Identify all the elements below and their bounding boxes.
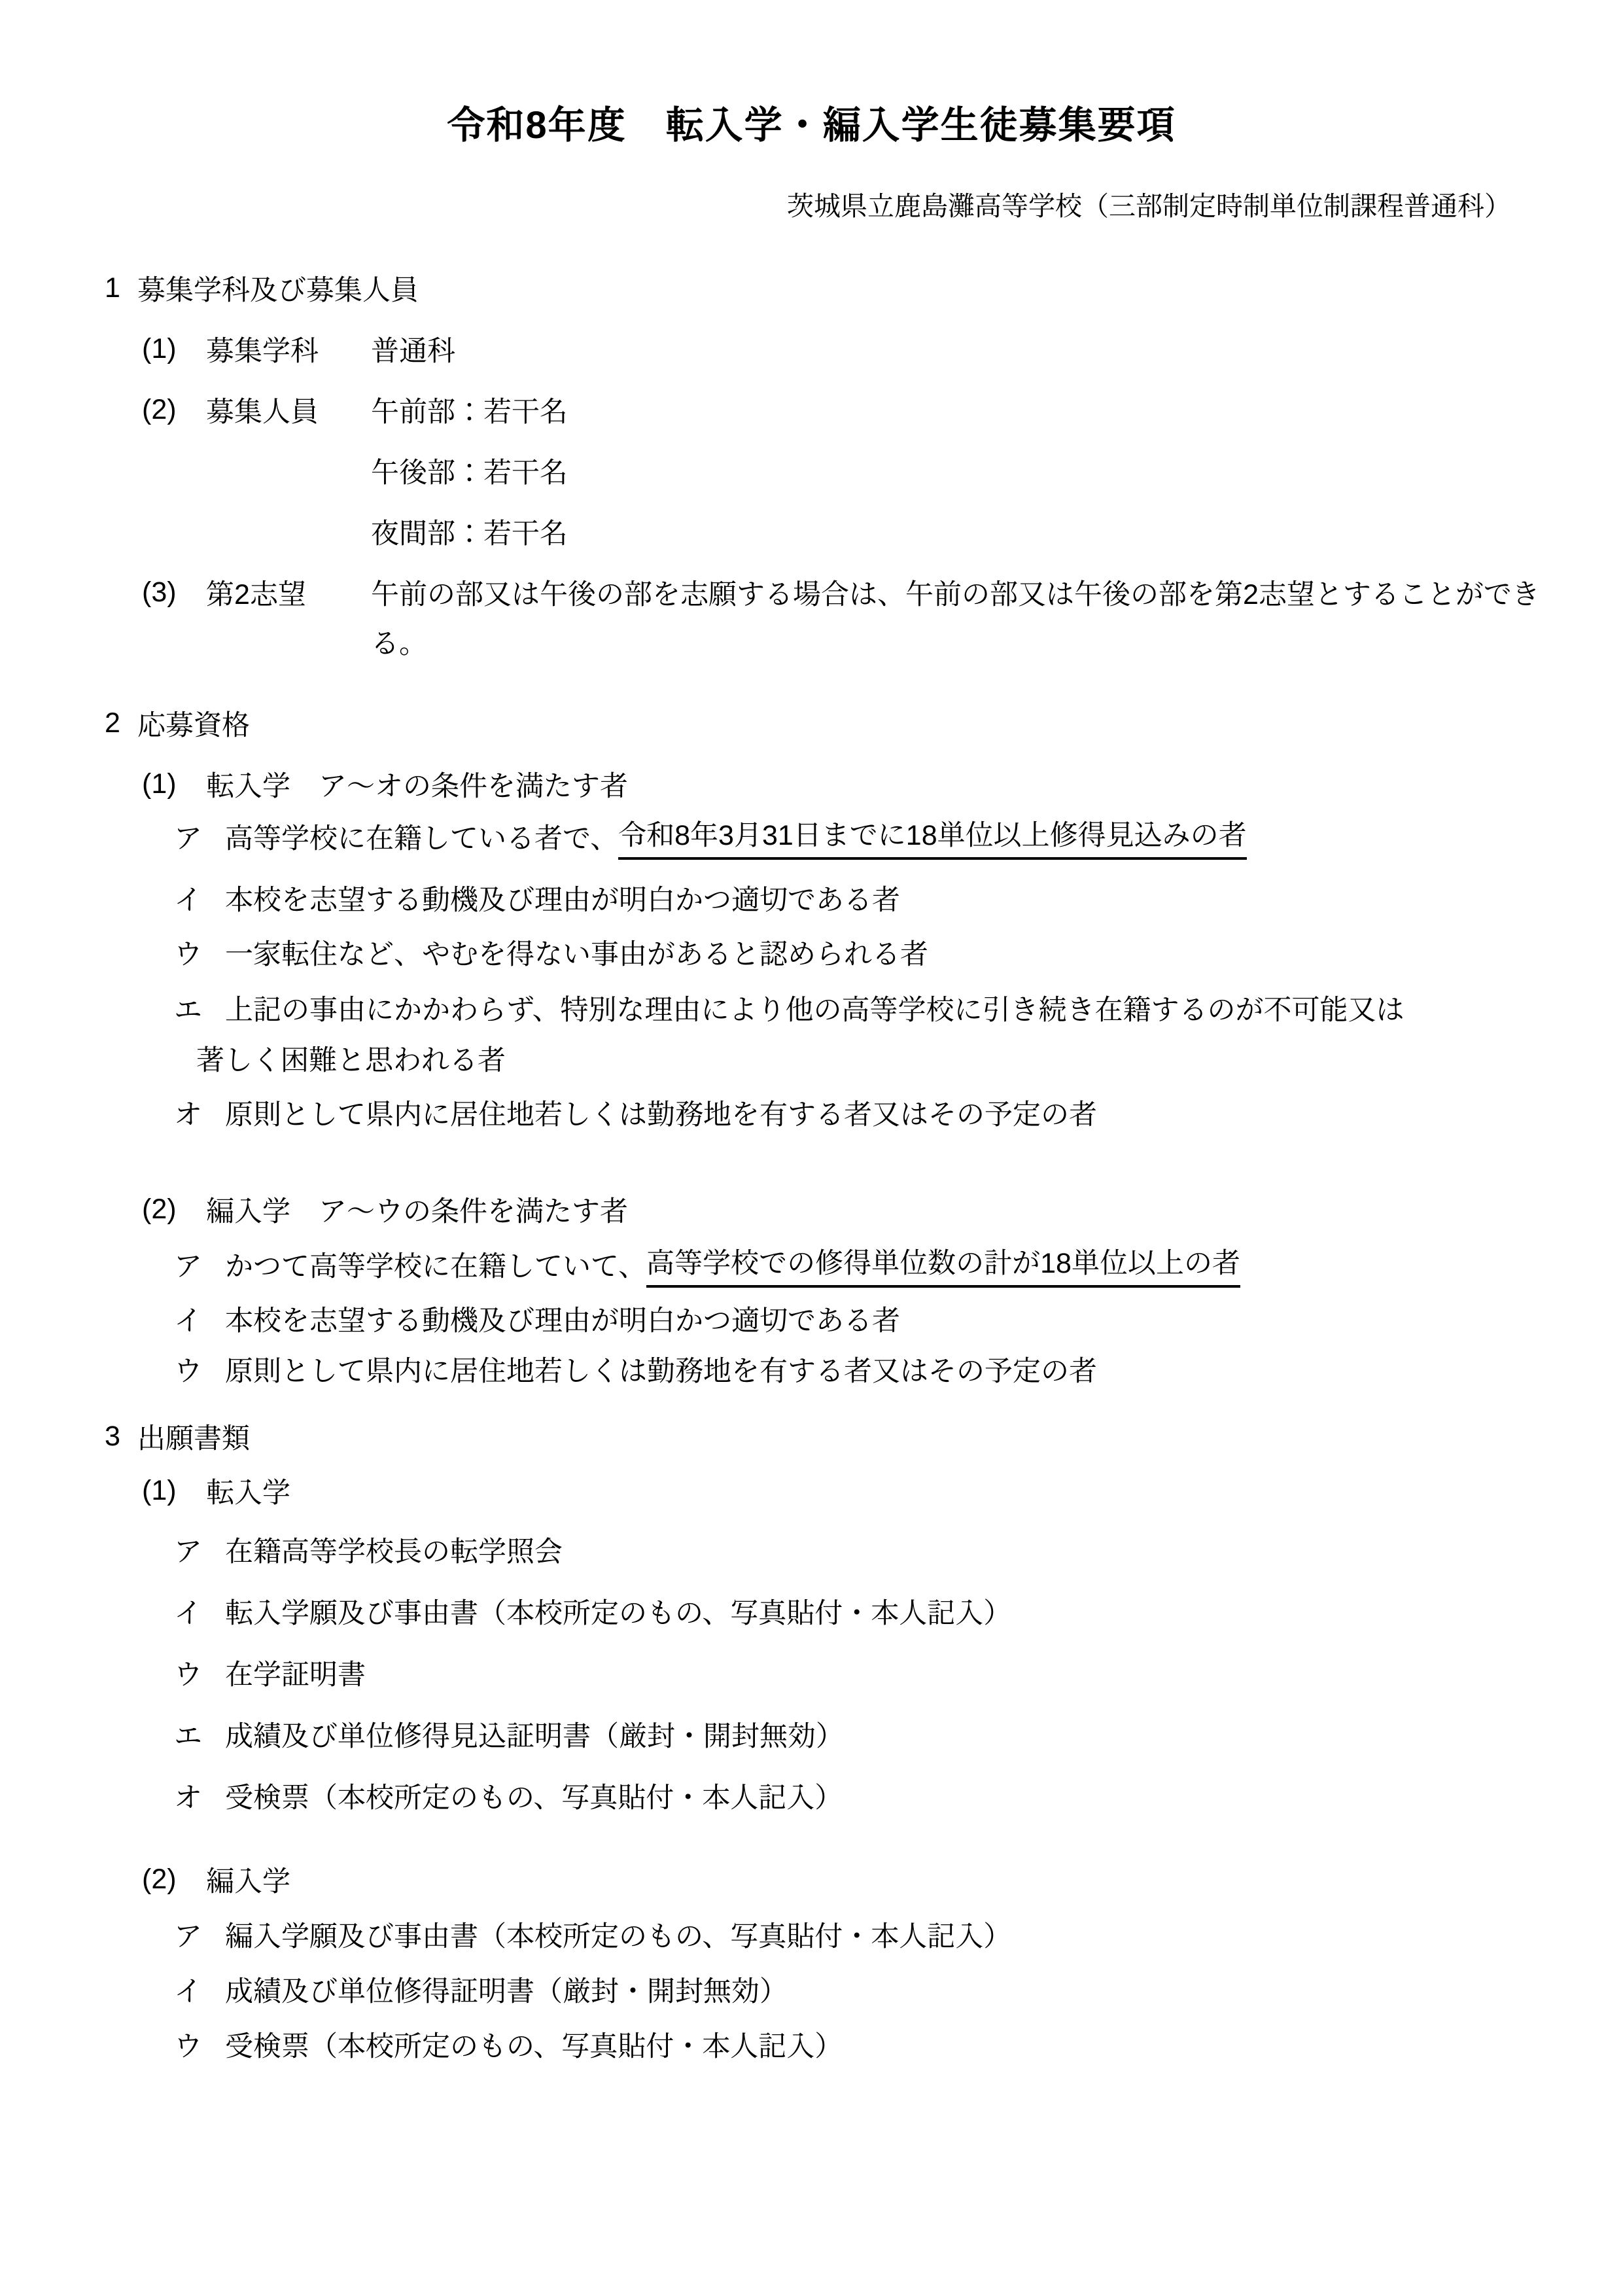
item-2-2-b-kana: イ — [174, 1299, 225, 1339]
item-3-1-b-text: 転入学願及び事由書（本校所定のもの、写真貼付・本人記入） — [225, 1591, 1011, 1631]
item-2-2-b-text: 本校を志望する動機及び理由が明白かつ適切である者 — [225, 1299, 900, 1339]
section-3-heading: 3出願書類 — [105, 1408, 250, 1464]
item-3-1-b-kana: イ — [174, 1591, 225, 1631]
item-1-2-label: 募集人員 — [206, 390, 371, 430]
item-3-1-c: ウ在学証明書 — [174, 1644, 366, 1701]
section-2-title: 応募資格 — [137, 703, 250, 743]
item-1-3-text-line2: る。 — [371, 613, 427, 669]
item-3-1-c-kana: ウ — [174, 1653, 225, 1693]
item-2-2-c: ウ原則として県内に居住地若しくは勤務地を有する者又はその予定の者 — [174, 1341, 1097, 1397]
item-2-2-c-text: 原則として県内に居住地若しくは勤務地を有する者又はその予定の者 — [225, 1349, 1097, 1389]
item-2-2-b: イ本校を志望する動機及び理由が明白かつ適切である者 — [174, 1290, 900, 1347]
item-2-1-e-text: 原則として県内に居住地若しくは勤務地を有する者又はその予定の者 — [225, 1093, 1097, 1133]
item-2-1-a-kana: ア — [174, 817, 225, 857]
document-title: 令和8年度 転入学・編入学生徒募集要項 — [0, 86, 1623, 165]
section-2-number: 2 — [105, 707, 137, 739]
item-2-1-d-text-line2: 著しく困難と思われる者 — [196, 1030, 506, 1086]
item-2-1-c-text: 一家転住など、やむを得ない事由があると認められる者 — [225, 932, 928, 972]
item-3-1-d-kana: エ — [174, 1714, 225, 1754]
item-1-1-value: 普通科 — [371, 329, 455, 369]
item-1-2-value-morning: 午前部：若干名 — [371, 390, 568, 430]
item-2-1-c: ウ一家転住など、やむを得ない事由があると認められる者 — [174, 924, 928, 980]
item-2-1-d: エ上記の事由にかかわらず、特別な理由により他の高等学校に引き続き在籍するのが不可… — [174, 980, 1405, 1036]
item-2-1-b-text: 本校を志望する動機及び理由が明白かつ適切である者 — [225, 878, 900, 918]
item-3-1-a-kana: ア — [174, 1530, 225, 1570]
item-3-2-c-kana: ウ — [174, 2024, 225, 2064]
item-3-2-b-kana: イ — [174, 1969, 225, 2009]
item-1-1-number: (1) — [142, 333, 206, 365]
item-3-1-a-text: 在籍高等学校長の転学照会 — [225, 1530, 563, 1570]
item-3-2-c: ウ受検票（本校所定のもの、写真貼付・本人記入） — [174, 2016, 843, 2072]
item-2-1-d-text-line1: 上記の事由にかかわらず、特別な理由により他の高等学校に引き続き在籍するのが不可能… — [225, 988, 1405, 1028]
item-3-1-e-kana: オ — [174, 1776, 225, 1816]
item-3-2-a-text: 編入学願及び事由書（本校所定のもの、写真貼付・本人記入） — [225, 1915, 1011, 1954]
item-3-2-b: イ成績及び単位修得証明書（厳封・開封無効） — [174, 1961, 788, 2017]
item-2-1-a: ア高等学校に在籍している者で、令和8年3月31日までに18単位以上修得見込みの者 — [174, 808, 1247, 864]
item-2-1-a-text: 高等学校に在籍している者で、 — [225, 817, 618, 857]
section-3-title: 出願書類 — [137, 1417, 250, 1457]
group-3-2-title: 編入学 — [206, 1860, 290, 1899]
item-2-2-a-kana: ア — [174, 1245, 225, 1284]
item-1-1-label: 募集学科 — [206, 329, 371, 369]
item-3-1-e-text: 受検票（本校所定のもの、写真貼付・本人記入） — [225, 1776, 843, 1816]
item-2-2-a: アかつて高等学校に在籍していて、高等学校での修得単位数の計が18単位以上の者 — [174, 1236, 1240, 1292]
item-2-1-b: イ本校を志望する動機及び理由が明白かつ適切である者 — [174, 870, 900, 926]
item-2-2-c-kana: ウ — [174, 1349, 225, 1389]
group-2-2-heading: (2)編入学 ア～ウの条件を満たす者 — [142, 1181, 628, 1237]
group-2-2-number: (2) — [142, 1193, 206, 1226]
item-3-1-d-text: 成績及び単位修得見込証明書（厳封・開封無効） — [225, 1714, 844, 1754]
section-1-number: 1 — [105, 272, 137, 304]
group-3-1-heading: (1)転入学 — [142, 1462, 290, 1519]
item-3-1-c-text: 在学証明書 — [225, 1653, 366, 1693]
item-2-2-a-text: かつて高等学校に在籍していて、 — [225, 1245, 646, 1284]
item-1-1: (1)募集学科普通科 — [142, 321, 455, 377]
group-2-1-title: 転入学 ア～オの条件を満たす者 — [206, 764, 628, 804]
item-1-2-value-afternoon: 午後部：若干名 — [371, 442, 568, 499]
item-1-2-number: (2) — [142, 394, 206, 426]
item-3-2-a: ア編入学願及び事由書（本校所定のもの、写真貼付・本人記入） — [174, 1906, 1011, 1962]
item-3-2-b-text: 成績及び単位修得証明書（厳封・開封無効） — [225, 1969, 788, 2009]
group-3-2-heading: (2)編入学 — [142, 1851, 290, 1907]
item-2-1-a-underlined-text: 令和8年3月31日までに18単位以上修得見込みの者 — [618, 813, 1247, 860]
item-2-1-c-kana: ウ — [174, 932, 225, 972]
item-2-1-b-kana: イ — [174, 878, 225, 918]
group-3-2-number: (2) — [142, 1863, 206, 1896]
item-3-1-e: オ受検票（本校所定のもの、写真貼付・本人記入） — [174, 1767, 843, 1824]
item-1-2: (2)募集人員午前部：若干名 — [142, 381, 568, 438]
item-1-3-number: (3) — [142, 576, 206, 609]
item-3-1-d: エ成績及び単位修得見込証明書（厳封・開封無効） — [174, 1706, 844, 1762]
group-2-1-heading: (1)転入学 ア～オの条件を満たす者 — [142, 756, 628, 812]
item-2-2-a-underlined-text: 高等学校での修得単位数の計が18単位以上の者 — [646, 1241, 1240, 1288]
item-2-1-e-kana: オ — [174, 1093, 225, 1133]
group-2-1-number: (1) — [142, 768, 206, 800]
item-1-2-value-evening: 夜間部：若干名 — [371, 503, 568, 559]
item-3-1-a: ア在籍高等学校長の転学照会 — [174, 1521, 563, 1578]
school-name: 茨城県立鹿島灘高等学校（三部制定時制単位制課程普通科） — [787, 178, 1511, 234]
item-3-1-b: イ転入学願及び事由書（本校所定のもの、写真貼付・本人記入） — [174, 1583, 1011, 1639]
section-1-title: 募集学科及び募集人員 — [137, 268, 419, 308]
section-3-number: 3 — [105, 1421, 137, 1453]
item-3-2-a-kana: ア — [174, 1915, 225, 1954]
item-1-3-text-line1: 午前の部又は午後の部を志願する場合は、午前の部又は午後の部を第2志望とすることが… — [371, 573, 1540, 612]
section-2-heading: 2応募資格 — [105, 695, 250, 751]
document-page: 令和8年度 転入学・編入学生徒募集要項 茨城県立鹿島灘高等学校（三部制定時制単位… — [0, 0, 1623, 2296]
item-2-1-e: オ原則として県内に居住地若しくは勤務地を有する者又はその予定の者 — [174, 1084, 1097, 1140]
group-3-1-number: (1) — [142, 1475, 206, 1507]
section-1-heading: 1募集学科及び募集人員 — [105, 260, 419, 316]
item-1-3-label: 第2志望 — [206, 573, 371, 612]
item-2-1-d-kana: エ — [174, 988, 225, 1028]
group-3-1-title: 転入学 — [206, 1471, 290, 1511]
item-3-2-c-text: 受検票（本校所定のもの、写真貼付・本人記入） — [225, 2024, 843, 2064]
item-1-3: (3)第2志望午前の部又は午後の部を志願する場合は、午前の部又は午後の部を第2志… — [142, 564, 1540, 620]
group-2-2-title: 編入学 ア～ウの条件を満たす者 — [206, 1190, 628, 1229]
